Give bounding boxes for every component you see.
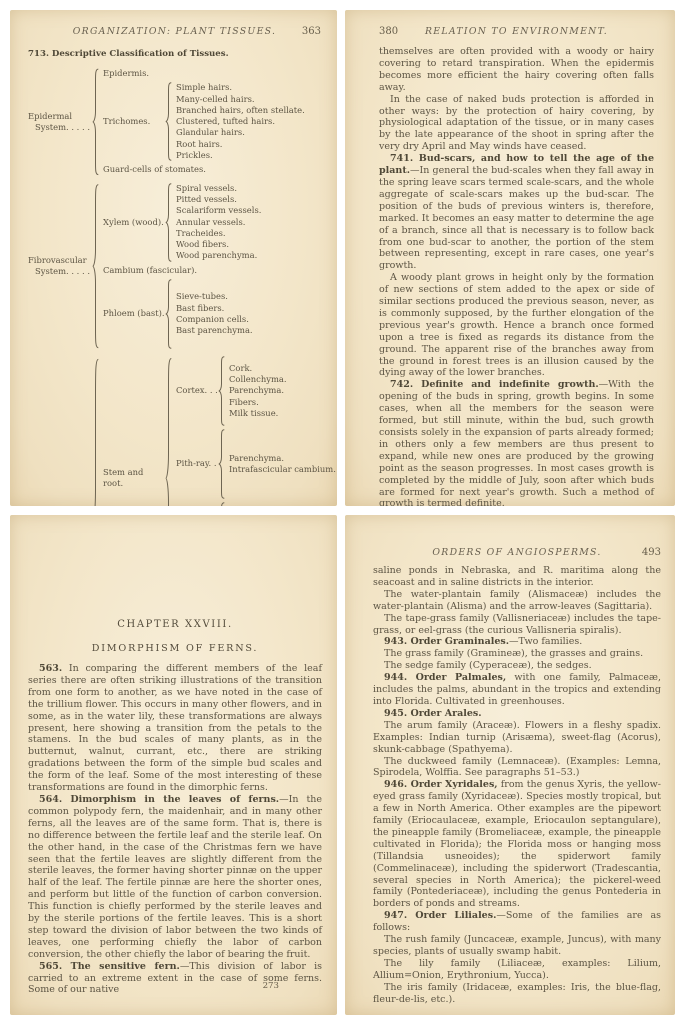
running-head: 380 RELATION TO ENVIRONMENT. [379, 26, 654, 37]
tree-label-trichomes: Trichomes. [99, 116, 165, 127]
paragraph-lead: 945. Order Arales. [384, 708, 482, 719]
paragraph-lead: 943. Order Graminales. [384, 636, 509, 647]
tree-row-pith: Pith. . . . Parenchyma. Sclerenchyma. [172, 502, 321, 506]
paragraph: 742. Definite and indefinite growth.—Wit… [379, 379, 654, 506]
tree-label-phloem: Phloem (bast). [99, 308, 165, 319]
page-scan-relation-to-environment-380: 380 RELATION TO ENVIRONMENT. themselves … [345, 10, 675, 506]
book-page-scans-grid: ORGANIZATION: PLANT TISSUES. 363 713. De… [0, 0, 683, 1015]
tree-item: Prickles. [172, 150, 305, 161]
paragraph: 564. Dimorphism in the leaves of ferns.—… [28, 794, 322, 961]
paragraph: 741. Bud-scars, and how to tell the age … [379, 153, 654, 272]
paragraph: 947. Order Liliales.—Some of the familie… [373, 910, 661, 934]
running-head-title: RELATION TO ENVIRONMENT. [421, 26, 612, 37]
paragraph-lead: 947. Order Liliales. [384, 910, 496, 921]
paragraph: The duckweed family (Lemnaceæ). (Example… [373, 756, 661, 780]
left-brace-icon [165, 279, 172, 349]
page-number: 493 [619, 547, 661, 558]
paragraph-lead: 565. The sensitive fern. [39, 961, 180, 972]
tree-row-xylem: Xylem (wood). Spiral vessels. Pitted ves… [99, 183, 261, 262]
tree-item: Pitted vessels. [172, 194, 261, 205]
tree-row-pith-ray: Pith-ray. . Parenchyma. Intrafascicular … [172, 429, 321, 499]
tree-item: Epidermis. [99, 68, 305, 79]
left-brace-icon [218, 356, 225, 426]
classification-tree: Epidermal System. . . . . Epidermis. Tri… [28, 68, 321, 506]
paragraph: The water-plantain family (Alismaceæ) in… [373, 589, 661, 613]
paragraph: The arum family (Araceæ). Flowers in a f… [373, 720, 661, 756]
tree-row-stem-and-root: Stem and root. Cortex. . . Cork. Collenc… [99, 356, 321, 506]
paragraph-lead: 564. Dimorphism in the leaves of ferns. [39, 794, 279, 805]
chapter-title: DIMORPHISM OF FERNS. [28, 643, 322, 654]
paragraph: 563. In comparing the different members … [28, 663, 322, 794]
left-brace-icon [165, 183, 172, 262]
tree-label-epidermal-system: Epidermal System. . . . . [28, 111, 92, 134]
tree-label-fibrovascular-system: Fibrovascular System. . . . . [28, 255, 92, 278]
tree-item: Simple hairs. [172, 82, 305, 93]
paragraph: 945. Order Arales. [373, 708, 661, 720]
tree-row-cortex: Cortex. . . Cork. Collenchyma. Parenchym… [172, 356, 321, 426]
tree-item: Clustered, tufted hairs. [172, 116, 305, 127]
tree-item: Intrafascicular cambium. [225, 464, 321, 475]
tree-item: Sieve-tubes. [172, 291, 253, 302]
page-number: 363 [279, 26, 321, 37]
tree-item: Guard-cells of stomates. [99, 164, 305, 175]
tree-item: Root hairs. [172, 139, 305, 150]
tree-label-xylem: Xylem (wood). [99, 217, 165, 228]
tree-item: Cork. [225, 363, 287, 374]
paragraph: The rush family (Juncaceæ, example, Junc… [373, 934, 661, 958]
tree-row-fibrovascular: Fibrovascular System. . . . . Xylem (woo… [28, 183, 321, 349]
tree-row-epidermal: Epidermal System. . . . . Epidermis. Tri… [28, 68, 321, 176]
folio-number: 273 [263, 981, 279, 991]
paragraph: 565. The sensitive fern.—This division o… [28, 961, 322, 997]
page-number: 380 [379, 26, 421, 37]
paragraph: 944. Order Palmales, with one family, Pa… [373, 672, 661, 708]
running-head: ORGANIZATION: PLANT TISSUES. 363 [28, 26, 321, 37]
paragraph: A woody plant grows in height only by th… [379, 272, 654, 379]
paragraph: The tape-grass family (Vallisneriaceæ) i… [373, 613, 661, 637]
tree-item: Parenchyma. [225, 453, 321, 464]
tree-item: Bast fibers. [172, 303, 253, 314]
tree-item: Wood parenchyma. [172, 250, 261, 261]
tree-item: Bast parenchyma. [172, 325, 253, 336]
left-brace-icon [92, 68, 99, 176]
paragraph: themselves are often provided with a woo… [379, 46, 654, 94]
tree-item: Parenchyma. [225, 385, 287, 396]
paragraph: The lily family (Liliaceæ, examples: Lil… [373, 958, 661, 982]
page-scan-orders-of-angiosperms-493: ORDERS OF ANGIOSPERMS. 493 saline ponds … [345, 515, 675, 1015]
left-brace-icon [165, 82, 172, 161]
running-head-title: ORGANIZATION: PLANT TISSUES. [70, 26, 279, 37]
tree-item: Wood fibers. [172, 239, 261, 250]
tree-row-phloem: Phloem (bast). Sieve-tubes. Bast fibers.… [99, 279, 261, 349]
tree-label-pith-ray: Pith-ray. . [172, 458, 218, 469]
tree-item: Annular vessels. [172, 217, 261, 228]
tree-item: Cambium (fascicular). [99, 265, 261, 276]
paragraph: 943. Order Graminales.—Two families. [373, 636, 661, 648]
paragraph: The iris family (Iridaceæ, examples: Iri… [373, 982, 661, 1006]
running-head-title: ORDERS OF ANGIOSPERMS. [415, 547, 619, 558]
page-scan-plant-tissues-363: ORGANIZATION: PLANT TISSUES. 363 713. De… [10, 10, 337, 506]
section-heading: 713. Descriptive Classification of Tissu… [28, 49, 321, 59]
paragraph: In the case of naked buds protection is … [379, 94, 654, 154]
tree-item: Branched hairs, often stellate. [172, 105, 305, 116]
paragraph-lead: 563. [39, 663, 62, 674]
paragraph: The sedge family (Cyperaceæ), the sedges… [373, 660, 661, 672]
tree-item: Companion cells. [172, 314, 253, 325]
tree-item: Spiral vessels. [172, 183, 261, 194]
paragraph-lead: 944. Order Palmales, [384, 672, 506, 683]
tree-label-stem-and-root: Stem and root. [99, 467, 165, 490]
tree-item: Fibers. [225, 397, 287, 408]
tree-item: Tracheides. [172, 228, 261, 239]
tree-item: Many-celled hairs. [172, 94, 305, 105]
paragraph: The grass family (Gramineæ), the grasses… [373, 648, 661, 660]
paragraph: 946. Order Xyridales, from the genus Xyr… [373, 779, 661, 910]
page-scan-dimorphism-of-ferns-273: CHAPTER XXVIII. DIMORPHISM OF FERNS. 563… [10, 515, 337, 1015]
tree-label-cortex: Cortex. . . [172, 385, 218, 396]
left-brace-icon [165, 356, 172, 506]
tree-row-fundamental: Fundamental System. . . . . Stem and roo… [28, 356, 321, 506]
paragraph: saline ponds in Nebraska, and R. maritim… [373, 565, 661, 589]
left-brace-icon [92, 356, 99, 506]
paragraph-lead: 742. Definite and indefinite growth. [390, 379, 599, 390]
chapter-heading: CHAPTER XXVIII. [28, 619, 322, 630]
tree-item: Glandular hairs. [172, 127, 305, 138]
paragraph-lead: 946. Order Xyridales, [384, 779, 498, 790]
left-brace-icon [218, 502, 225, 506]
tree-item: Collenchyma. [225, 374, 287, 385]
left-brace-icon [92, 183, 99, 349]
tree-item: Milk tissue. [225, 408, 287, 419]
left-brace-icon [218, 429, 225, 499]
tree-item: Scalariform vessels. [172, 205, 261, 216]
running-head: ORDERS OF ANGIOSPERMS. 493 [373, 547, 661, 558]
tree-row-trichomes: Trichomes. Simple hairs. Many-celled hai… [99, 82, 305, 161]
